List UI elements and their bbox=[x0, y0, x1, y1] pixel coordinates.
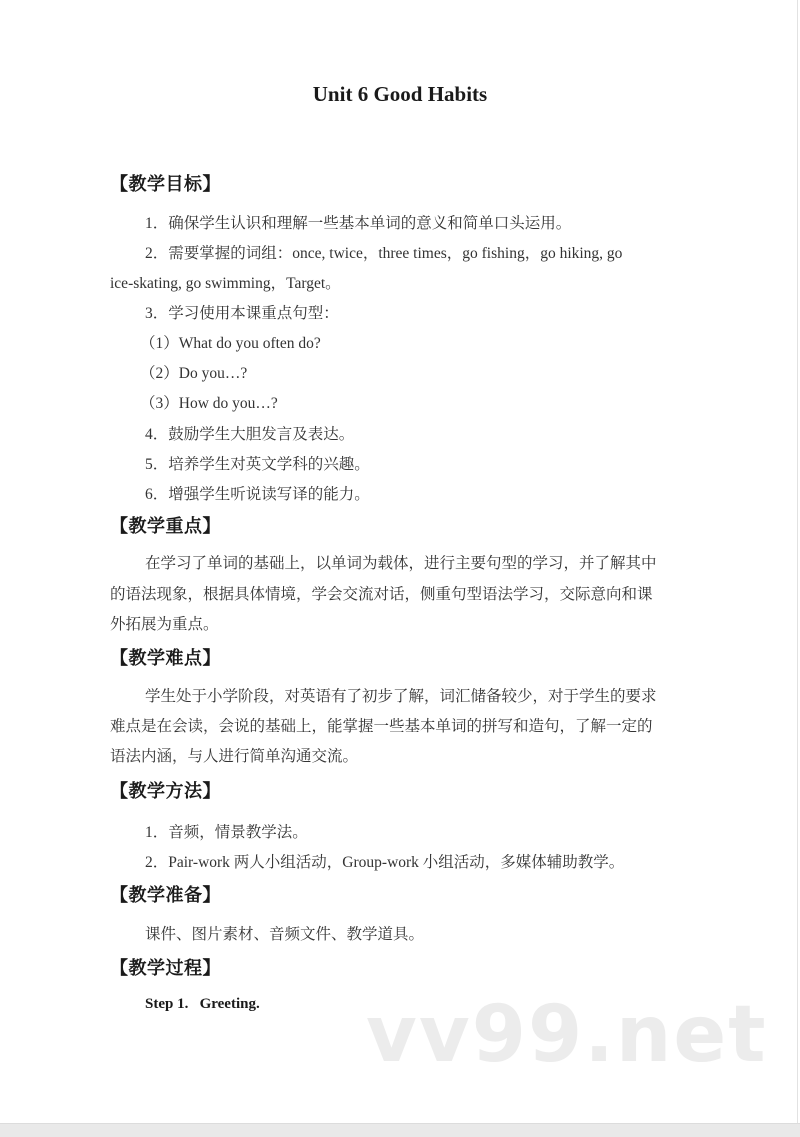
objective-item-continued: ice-skating, go swimming，Target。 bbox=[110, 271, 341, 293]
objective-item: 5．培养学生对英文学科的兴趣。 bbox=[145, 452, 370, 474]
objective-item: 1．确保学生认识和理解一些基本单词的意义和简单口头运用。 bbox=[145, 211, 571, 233]
difficulties-text: 难点是在会读，会说的基础上，能掌握一些基本单词的拼写和造句，了解一定的 bbox=[110, 714, 653, 736]
key-points-text: 在学习了单词的基础上，以单词为载体，进行主要句型的学习，并了解其中 bbox=[145, 551, 657, 573]
sentence-pattern-item: （1）What do you often do? bbox=[140, 331, 321, 353]
heading-objectives: 【教学目标】 bbox=[110, 170, 221, 196]
document-page: Unit 6 Good Habits 【教学目标】 1．确保学生认识和理解一些基… bbox=[0, 0, 798, 1123]
heading-process: 【教学过程】 bbox=[110, 954, 221, 980]
sentence-pattern-item: （3）How do you…? bbox=[140, 391, 278, 413]
key-points-text: 的语法现象，根据具体情境，学会交流对话，侧重句型语法学习，交际意向和课 bbox=[110, 582, 653, 604]
objective-item: 6．增强学生听说读写译的能力。 bbox=[145, 482, 370, 504]
watermark: vv99.net bbox=[366, 990, 768, 1080]
step-1-greeting: Step 1. Greeting. bbox=[145, 996, 260, 1013]
document-title: Unit 6 Good Habits bbox=[0, 82, 800, 107]
preparation-text: 课件、图片素材、音频文件、教学道具。 bbox=[145, 922, 424, 944]
method-item: 1．音频，情景教学法。 bbox=[145, 820, 308, 842]
heading-methods: 【教学方法】 bbox=[110, 777, 221, 803]
key-points-text: 外拓展为重点。 bbox=[110, 612, 219, 634]
difficulties-text: 语法内涵，与人进行简单沟通交流。 bbox=[110, 744, 358, 766]
objective-item: 2．需要掌握的词组：once, twice，three times，go fis… bbox=[145, 241, 622, 263]
method-item: 2．Pair-work 两人小组活动，Group-work 小组活动，多媒体辅助… bbox=[145, 850, 624, 872]
objective-item: 4．鼓励学生大胆发言及表达。 bbox=[145, 422, 354, 444]
heading-key-points: 【教学重点】 bbox=[110, 512, 221, 538]
difficulties-text: 学生处于小学阶段，对英语有了初步了解，词汇储备较少，对于学生的要求 bbox=[145, 684, 657, 706]
page-bottom-strip bbox=[0, 1123, 800, 1137]
heading-difficulties: 【教学难点】 bbox=[110, 644, 221, 670]
heading-preparation: 【教学准备】 bbox=[110, 881, 221, 907]
objective-item: 3．学习使用本课重点句型： bbox=[145, 301, 339, 323]
sentence-pattern-item: （2）Do you…? bbox=[140, 361, 247, 383]
